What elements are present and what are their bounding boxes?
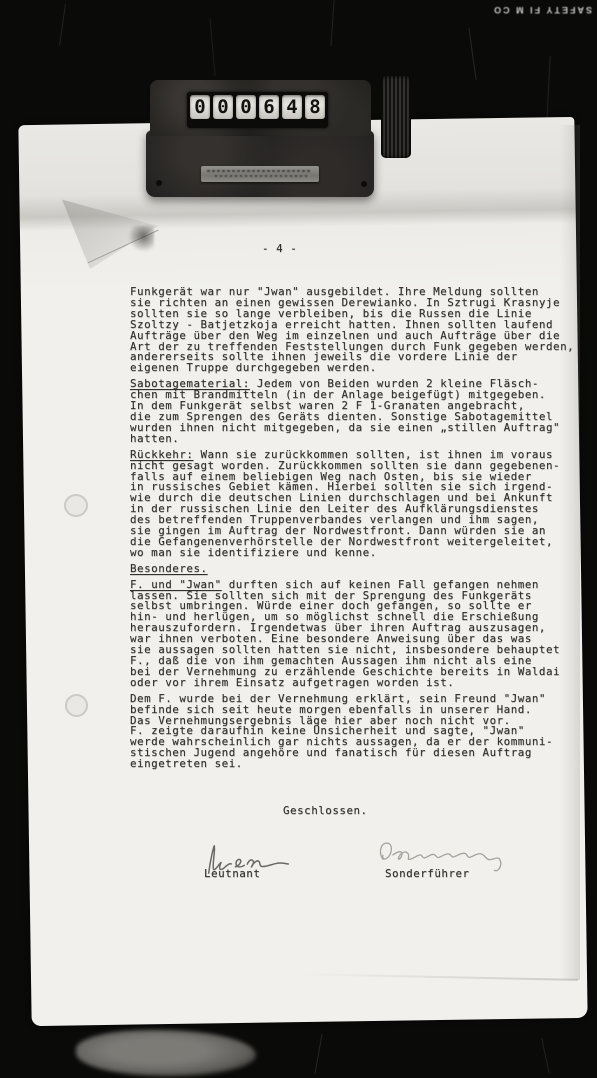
counter-digit: 0 bbox=[213, 95, 233, 119]
paragraph: Dem F. wurde bei der Vernehmung erklärt,… bbox=[130, 694, 590, 770]
underlined-heading: Sabotagematerial: bbox=[130, 377, 250, 390]
punch-hole bbox=[65, 694, 88, 717]
film-scratch bbox=[330, 0, 334, 46]
counter-digit: 0 bbox=[236, 95, 256, 119]
microfilm-frame: DAK SAFETY FI M CO 000648 - 4 - Funkgerä… bbox=[0, 0, 597, 1078]
counter-digits: 000648 bbox=[187, 92, 328, 128]
film-scratch bbox=[541, 1038, 549, 1073]
counter-base bbox=[146, 130, 374, 197]
film-scratch bbox=[59, 4, 66, 46]
underlined-heading: Rückkehr: bbox=[130, 448, 193, 461]
film-scratch bbox=[546, 56, 550, 122]
closing-line: Geschlossen. bbox=[283, 806, 368, 817]
signature-title-right: Sonderführer bbox=[385, 869, 470, 880]
film-scratch bbox=[209, 18, 215, 76]
counter-digit: 4 bbox=[282, 95, 302, 119]
screw bbox=[361, 181, 367, 187]
film-scratch bbox=[468, 28, 476, 80]
screw bbox=[156, 180, 162, 186]
ink-smudge bbox=[128, 226, 154, 252]
counter-digit: 6 bbox=[259, 95, 279, 119]
underlined-heading: Besonderes. bbox=[130, 562, 208, 575]
film-artifact bbox=[76, 1030, 256, 1076]
counter-knob bbox=[381, 76, 411, 158]
film-edge-marking: DAK SAFETY FI M CO bbox=[492, 5, 597, 15]
paragraph: Besonderes. bbox=[130, 564, 590, 575]
counter-digit: 0 bbox=[190, 95, 210, 119]
paragraph: F. und "Jwan" durften sich auf keinen Fa… bbox=[130, 580, 590, 689]
paragraph: Rückkehr: Wann sie zurückkommen sollten,… bbox=[130, 450, 590, 559]
counter-nameplate bbox=[201, 166, 319, 182]
signature-title-left: Leutnant bbox=[204, 869, 260, 880]
document-body: Funkgerät war nur "Jwan" ausgebildet. Ih… bbox=[130, 287, 590, 775]
underlined-heading: F. und "Jwan" bbox=[130, 578, 222, 591]
punch-hole bbox=[64, 494, 88, 517]
paragraph: Sabotagematerial: Jedem von Beiden wurde… bbox=[130, 379, 590, 444]
counter-digit: 8 bbox=[305, 95, 325, 119]
page-number: - 4 - bbox=[262, 244, 297, 255]
film-scratch bbox=[315, 1034, 323, 1074]
paragraph: Funkgerät war nur "Jwan" ausgebildet. Ih… bbox=[130, 287, 590, 374]
